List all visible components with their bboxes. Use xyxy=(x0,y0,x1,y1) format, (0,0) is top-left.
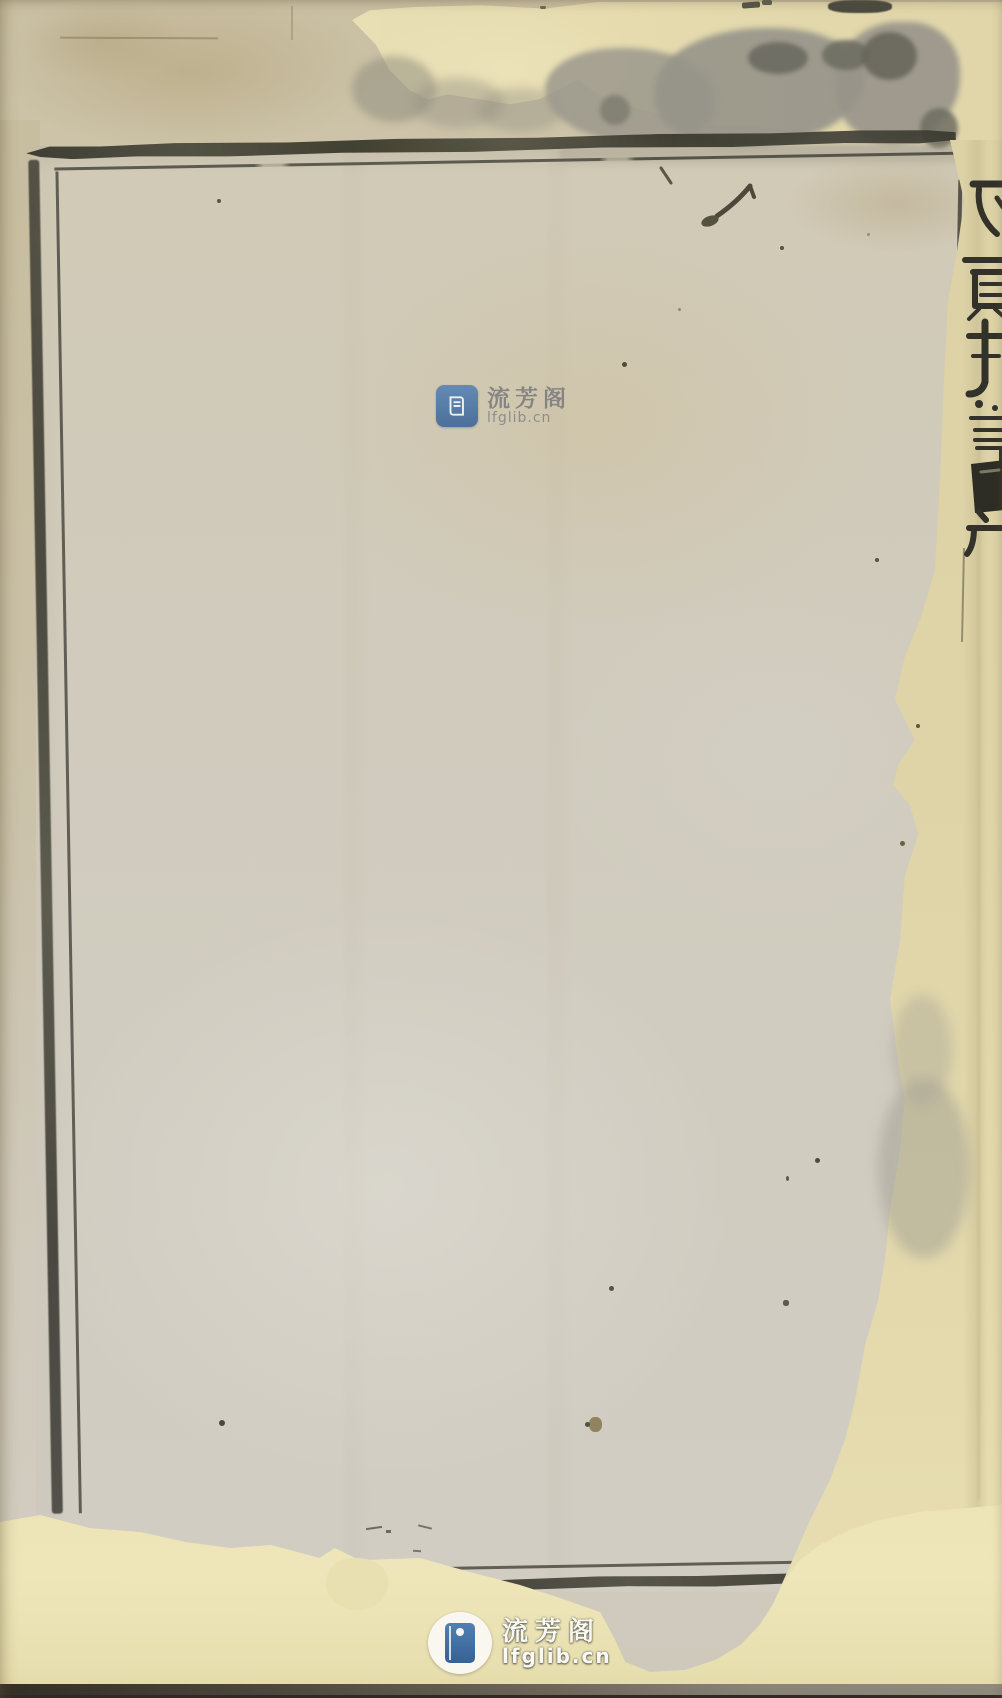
watermark-brand: 流芳阁 xyxy=(487,387,571,411)
paper-speck xyxy=(875,558,879,562)
book-dot-decoration xyxy=(456,1628,464,1636)
scratch-vertical xyxy=(291,6,293,40)
watermark-text: 流芳阁 lfglib.cn xyxy=(502,1619,612,1667)
paper-speck xyxy=(815,1158,820,1163)
paper-speck xyxy=(867,233,870,236)
mould-core xyxy=(748,42,808,74)
grey-stain-on-cream xyxy=(892,995,952,1105)
pencil-squiggle xyxy=(386,1530,391,1533)
watermark-badge-circle xyxy=(428,1612,492,1674)
paper-speck xyxy=(609,1286,614,1291)
frame-left-inner-line xyxy=(55,171,81,1513)
paper-speck xyxy=(622,362,627,367)
top-edge-ink-dash xyxy=(762,0,772,5)
woodblock-border-frame xyxy=(26,130,991,1606)
ink-tick-mark xyxy=(658,166,674,186)
top-edge-ink-blob xyxy=(828,0,892,13)
watermark-brand: 流芳阁 xyxy=(502,1619,612,1646)
paper-speck xyxy=(916,724,920,728)
site-watermark-bottom: 流芳阁 lfglib.cn xyxy=(428,1612,612,1674)
paper-speck xyxy=(585,1422,590,1427)
library-book-icon xyxy=(445,1623,475,1663)
paper-speck xyxy=(783,1300,789,1306)
paper-speck xyxy=(219,1420,225,1426)
watermark-text: 流芳阁 lfglib.cn xyxy=(487,387,571,426)
ink-crack-mark xyxy=(698,180,758,232)
paper-speck xyxy=(786,1176,789,1181)
scan-bottom-edge xyxy=(0,1684,1002,1698)
top-edge-ink-dash xyxy=(742,1,760,8)
paper-speck xyxy=(678,308,681,311)
watermark-site-url: lfglib.cn xyxy=(502,1646,612,1667)
library-book-icon xyxy=(436,385,478,427)
cream-fold-line xyxy=(978,400,980,1500)
brown-stain-spot xyxy=(589,1417,602,1432)
mould-core xyxy=(862,32,917,80)
paper-speck xyxy=(217,199,221,203)
book-spine-line xyxy=(449,1626,451,1660)
grey-stain-on-cream xyxy=(878,1078,970,1258)
mould-core xyxy=(600,95,630,125)
top-edge-speck xyxy=(540,6,546,9)
site-watermark-center: 流芳阁 lfglib.cn xyxy=(436,385,571,427)
paper-speck xyxy=(780,246,784,250)
torn-edge-character-fragments xyxy=(953,176,1002,560)
watermark-site-url: lfglib.cn xyxy=(487,411,571,426)
scanned-genealogy-page: 流芳阁 lfglib.cn 流芳阁 lfglib.cn xyxy=(0,0,1002,1698)
paper-speck xyxy=(900,841,905,846)
